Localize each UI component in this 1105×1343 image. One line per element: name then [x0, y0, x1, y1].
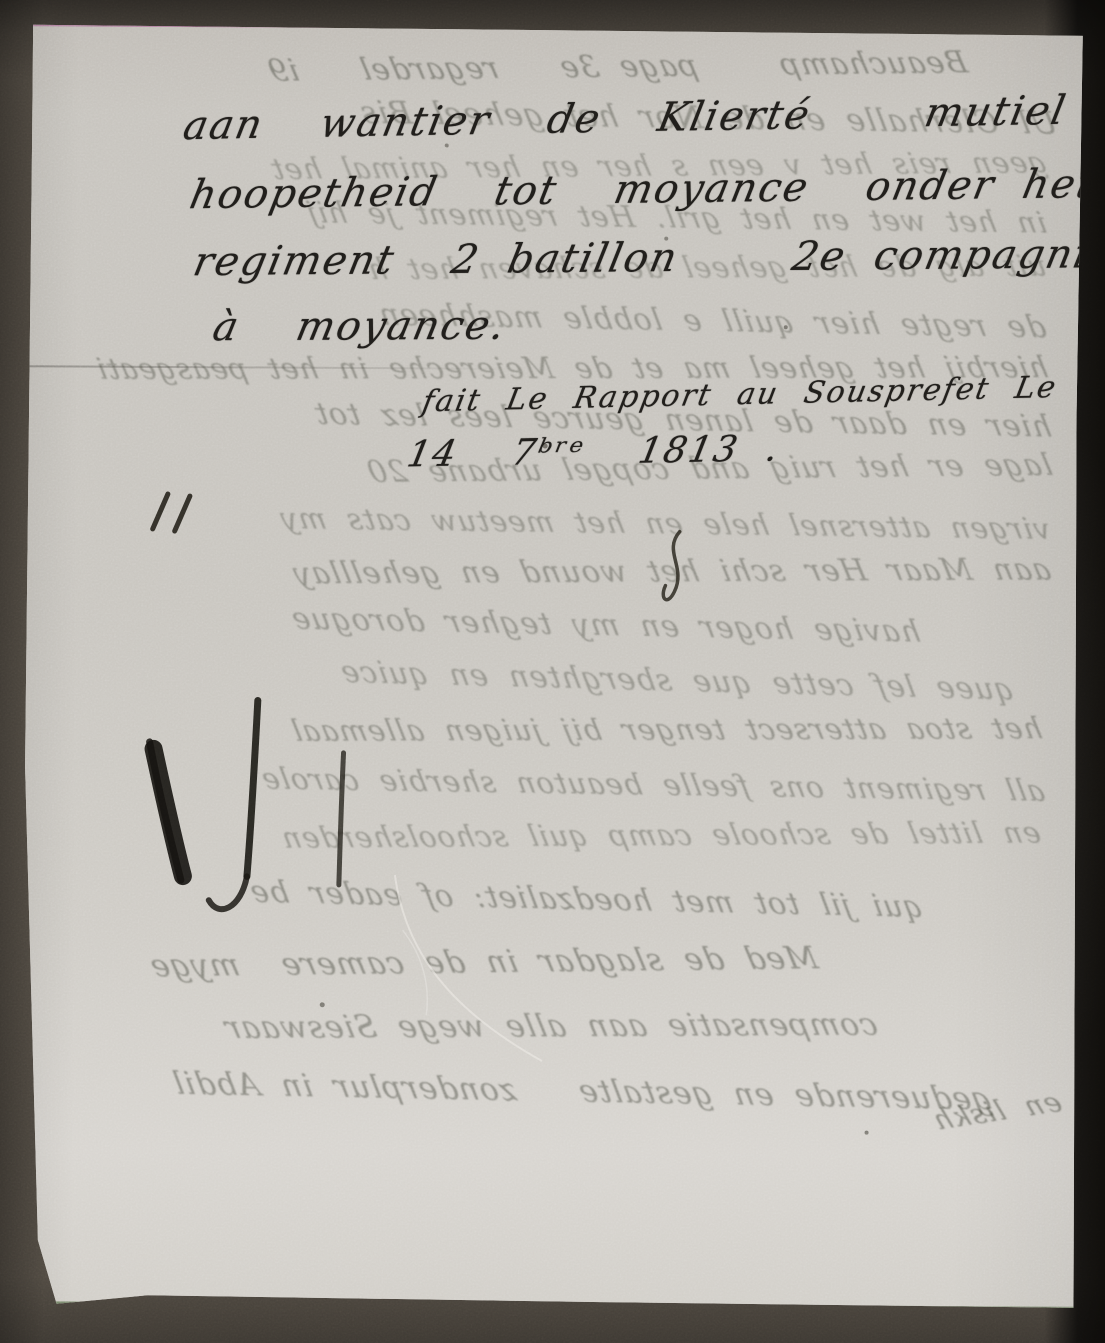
document-page: Beauchamp page 3e regardel i9Ul Clerhall…: [21, 23, 1084, 1310]
ink-line: hoopetheid tot moyance onder het 33: [187, 163, 1105, 215]
ink-text-layer: aan wantier de Klierté mutielhoopetheid …: [21, 23, 1084, 1310]
ink-line: aan wantier de Klierté mutiel: [180, 91, 1070, 147]
photograph: Beauchamp page 3e regardel i9Ul Clerhall…: [0, 0, 1105, 1343]
ink-line: 14 7ᵇʳᵉ 1813 .: [404, 431, 783, 473]
ink-line: fait Le Rapport au Sousprefet Le: [420, 373, 1060, 418]
ink-line: à moyance.: [210, 306, 511, 348]
ink-line: regiment 2 batillon 2e compagnie: [190, 234, 1105, 282]
